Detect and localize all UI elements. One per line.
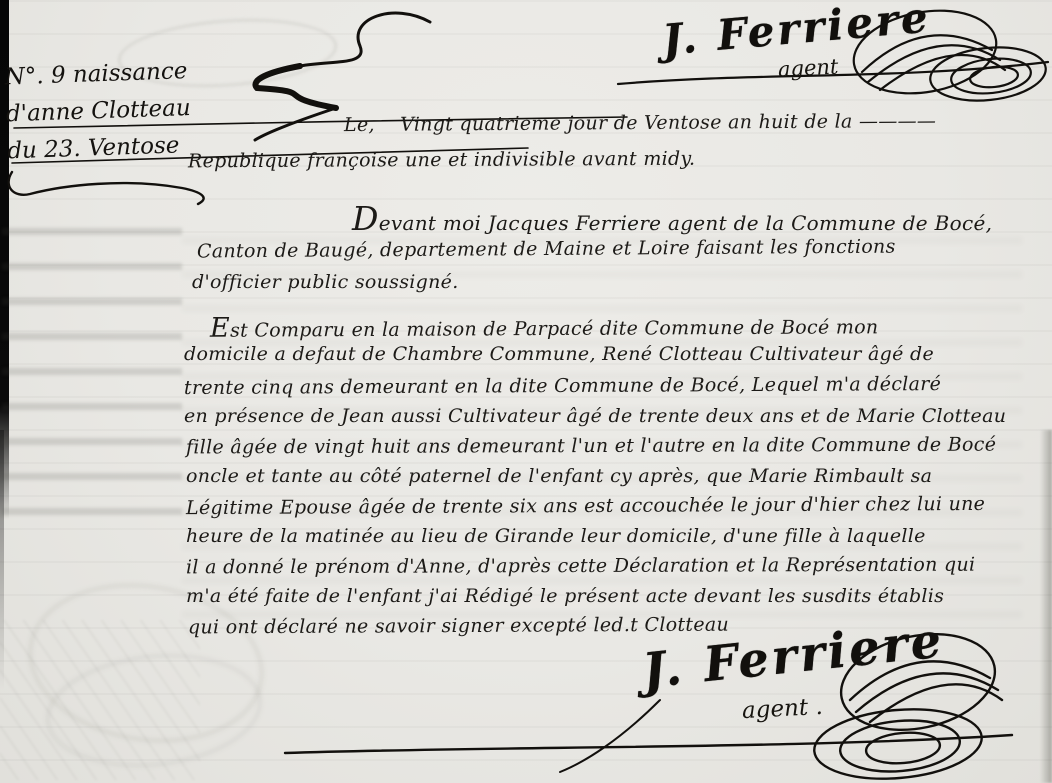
manuscript-line: heure de la matinée au lieu de Girande l… xyxy=(186,525,926,547)
document-page: N°. 9 naissance d'anne Clotteau du 23. V… xyxy=(0,0,1052,783)
manuscript-line: fille âgée de vingt huit ans demeurant l… xyxy=(186,434,996,459)
manuscript-line: en présence de Jean aussi Cultivateur âg… xyxy=(184,405,1006,427)
manuscript-line: Devant moi Jacques Ferriere agent de la … xyxy=(352,199,992,238)
manuscript-line: m'a été faite de l'enfant j'ai Rédigé le… xyxy=(186,585,944,607)
manuscript-line: qui ont déclaré ne savoir signer excepté… xyxy=(188,614,729,639)
manuscript-line: d'officier public soussigné. xyxy=(192,271,459,293)
manuscript-line: Est Comparu en la maison de Parpacé dite… xyxy=(210,309,879,343)
manuscript-line: Le, Vingt quatrieme jour de Ventose an h… xyxy=(344,110,936,136)
manuscript-line: Légitime Epouse âgée de trente six ans e… xyxy=(186,493,985,519)
manuscript-line: Republique françoise une et indivisible … xyxy=(188,148,695,173)
signature-bottom-title: agent . xyxy=(741,694,823,724)
manuscript-line: il a donné le prénom d'Anne, d'après cet… xyxy=(186,554,975,579)
manuscript-line: oncle et tante au côté paternel de l'enf… xyxy=(186,465,932,487)
manuscript-line: trente cinq ans demeurant en la dite Com… xyxy=(184,373,941,399)
signature-top-title: agent xyxy=(777,54,839,81)
manuscript-line: domicile a defaut de Chambre Commune, Re… xyxy=(184,343,934,365)
